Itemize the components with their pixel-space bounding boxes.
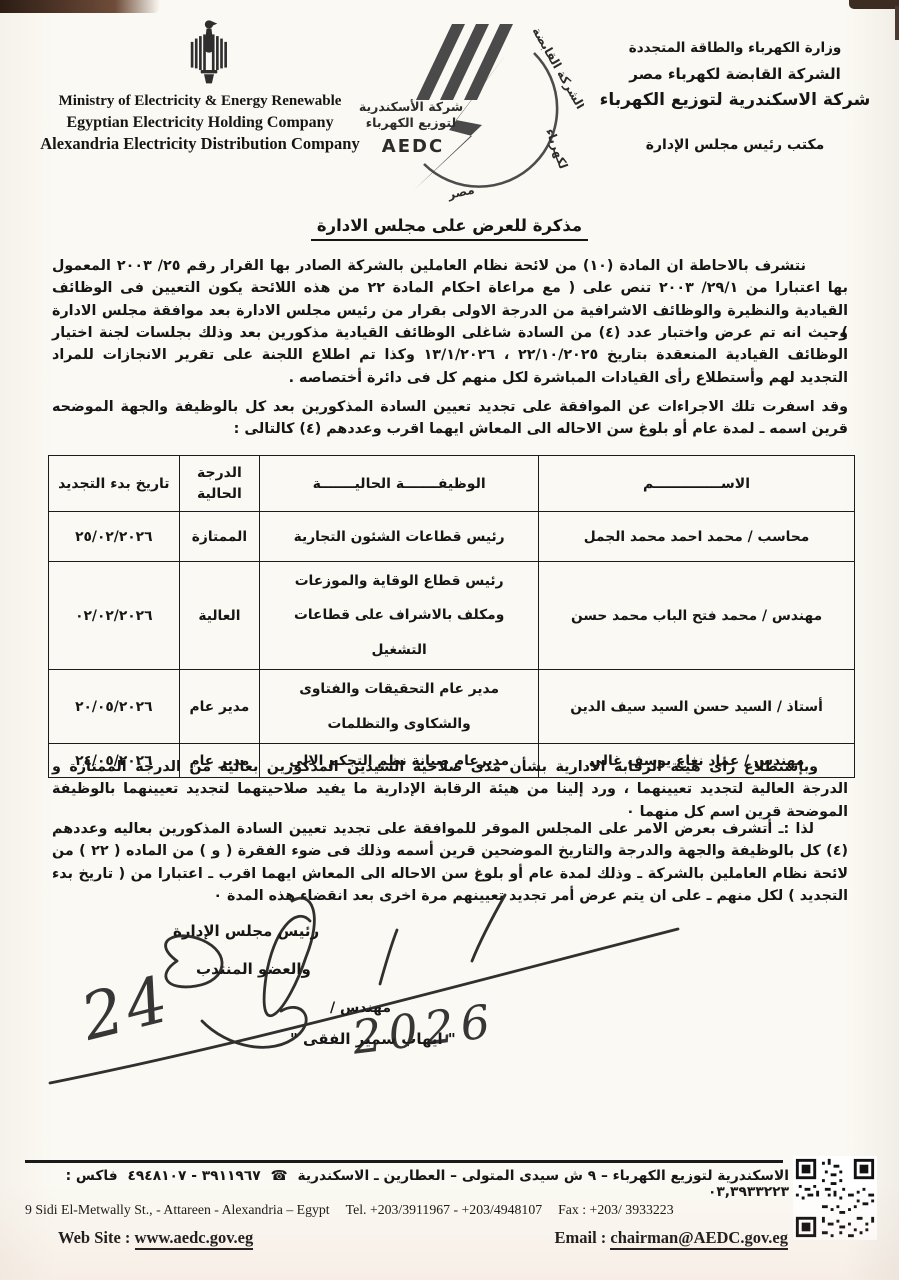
photo-artifact-top-left (0, 0, 160, 13)
logo-side-text-2: لتوزيع الكهرباء (366, 115, 456, 130)
footer-fax-number-ar: ٠٣,٣٩٣٣٢٢٣ (708, 1184, 789, 1200)
paragraph-3: وقد اسفرت تلك الاجراءات عن الموافقة على … (52, 396, 848, 441)
email-label: Email : (554, 1228, 606, 1247)
company-name-en: Alexandria Electricity Distribution Comp… (26, 133, 374, 155)
footer-arabic-line: الاسكندرية لتوزيع الكهرباء – ٩ ش سيدى ال… (25, 1168, 789, 1200)
cell-name: مهندس / محمد فتح الباب محمد حسن (539, 562, 855, 670)
header-left: Ministry of Electricity & Energy Renewab… (26, 92, 374, 155)
cell-grade: الممتازة (179, 512, 260, 562)
table-row: مهندس / محمد فتح الباب محمد حسن رئيس قطا… (49, 562, 855, 670)
footer-tel-en: Tel. +203/3911967 - +203/4948107 (346, 1202, 543, 1218)
memo-title: مذكرة للعرض على مجلس الادارة (311, 216, 588, 241)
footer-address-en: 9 Sidi El-Metwally St., - Attareen - Ale… (25, 1202, 330, 1218)
telephone-icon: ☎ (271, 1168, 288, 1184)
cell-grade: مدير عام (179, 670, 260, 744)
cell-name: أستاذ / السيد حسن السيد سيف الدين (539, 670, 855, 744)
footer-fax-label-ar: فاكس : (66, 1168, 118, 1184)
cell-date: ٠٢/٠٢/٢٠٢٦ (49, 562, 180, 670)
cell-grade: العالية (179, 562, 260, 670)
cell-position: رئيس قطاعات الشئون التجارية (260, 512, 539, 562)
paragraph-2: وحيث انه تم عرض واختبار عدد (٤) من الساد… (52, 322, 848, 389)
col-header-date: تاريخ بدء التجديد (49, 456, 180, 512)
col-header-name: الاســــــــــــــم (539, 456, 855, 512)
table-row: أستاذ / السيد حسن السيد سيف الدين مدير ع… (49, 670, 855, 744)
logo-ring-text-3: مصر (446, 182, 476, 201)
website-block: Web Site : www.aedc.gov.eg (58, 1228, 253, 1248)
table-header-row: الاســــــــــــــم الوظيفـــــــة الحال… (49, 456, 855, 512)
appointments-table: الاســــــــــــــم الوظيفـــــــة الحال… (48, 455, 855, 778)
footer-phones-ar: ٣٩١١٩٦٧ - ٤٩٤٨١٠٧ (127, 1168, 260, 1184)
footer-divider (25, 1160, 783, 1163)
email-block: Email : chairman@AEDC.gov.eg (554, 1228, 788, 1248)
cell-name: محاسب / محمد احمد محمد الجمل (539, 512, 855, 562)
ministry-name-ar: وزارة الكهرباء والطاقة المتجددة (579, 40, 891, 56)
qr-code (793, 1156, 877, 1240)
col-header-grade: الدرجة الحالية (179, 456, 260, 512)
handwritten-signature-scrawl (40, 885, 720, 1095)
paragraph-4: وبإستطلاع رأى هيئة الرقابة الادارية بشأن… (52, 756, 848, 823)
logo-side-text-1: شركة الأسكندرية (359, 99, 463, 114)
egypt-eagle-emblem-icon (180, 10, 238, 92)
ministry-name-en: Ministry of Electricity & Energy Renewab… (26, 92, 374, 112)
logo-acronym: AEDC (382, 136, 444, 157)
holding-company-ar: الشركة القابضة لكهرباء مصر (579, 65, 891, 83)
cell-position: رئيس قطاع الوقاية والموزعات ومكلف بالاشر… (260, 562, 539, 670)
cell-date: ٢٥/٠٢/٢٠٢٦ (49, 512, 180, 562)
aedc-lightning-logo: شركة الأسكندرية لتوزيع الكهرباء AEDC الش… (356, 8, 584, 204)
scanned-memo-page: Ministry of Electricity & Energy Renewab… (0, 0, 899, 1280)
email-url: chairman@AEDC.gov.eg (610, 1228, 788, 1250)
footer-links-line: Web Site : www.aedc.gov.eg Email : chair… (58, 1228, 788, 1248)
website-label: Web Site : (58, 1228, 130, 1247)
col-header-position: الوظيفـــــــة الحاليـــــــة (260, 456, 539, 512)
website-url: www.aedc.gov.eg (135, 1228, 254, 1250)
photo-artifact-top-right (849, 0, 899, 9)
chairman-office-ar: مكتب رئيس مجلس الإدارة (579, 137, 891, 153)
photo-artifact-right-edge (895, 6, 899, 40)
memo-title-wrap: مذكرة للعرض على مجلس الادارة (0, 216, 899, 241)
cell-date: ٢٠/٠٥/٢٠٢٦ (49, 670, 180, 744)
header-right: وزارة الكهرباء والطاقة المتجددة الشركة ا… (579, 40, 891, 153)
footer-company-address-ar: الاسكندرية لتوزيع الكهرباء – ٩ ش سيدى ال… (298, 1168, 790, 1184)
cell-position: مدير عام التحقيقات والفتاوى والشكاوى وال… (260, 670, 539, 744)
company-name-ar: شركة الاسكندرية لتوزيع الكهرباء (579, 90, 891, 110)
footer-fax-en: Fax : +203/ 3933223 (558, 1202, 673, 1218)
table-row: محاسب / محمد احمد محمد الجمل رئيس قطاعات… (49, 512, 855, 562)
footer-english-line: 9 Sidi El-Metwally St., - Attareen - Ale… (25, 1202, 785, 1218)
holding-company-en: Egyptian Electricity Holding Company (26, 112, 374, 133)
